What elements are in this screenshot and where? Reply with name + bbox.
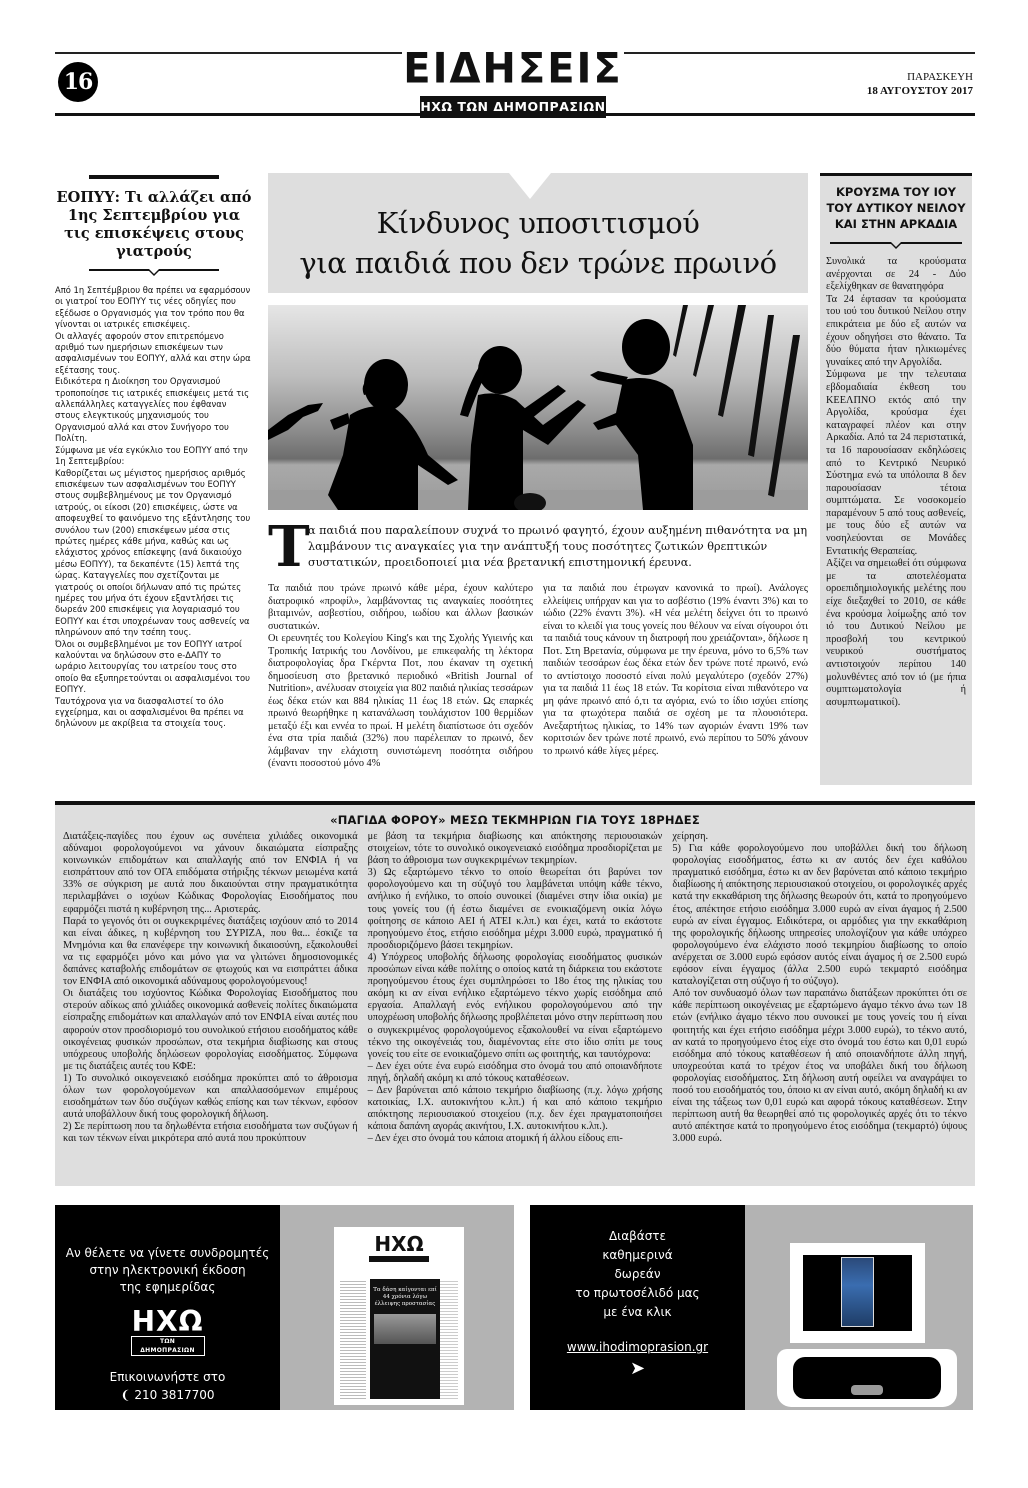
article-photo xyxy=(268,305,808,510)
subscription-text: Αν θέλετε να γίνετε συνδρομητές στην ηλε… xyxy=(55,1245,280,1296)
main-article: Κίνδυνος υποσιτισμού για παιδιά που δεν … xyxy=(268,173,808,771)
main-headline-box: Κίνδυνος υποσιτισμού για παιδιά που δεν … xyxy=(268,173,808,293)
page-number-badge: 16 xyxy=(58,62,98,102)
paragraph: Ειδικότερα η Διοίκηση του Οργανισμού τρο… xyxy=(55,376,253,444)
paragraph: – Δεν έχει ούτε ένα ευρώ εισόδημα στο όν… xyxy=(368,1061,663,1085)
paragraph: 2) Σε περίπτωση που τα δηλωθέντα ετήσια … xyxy=(63,1121,358,1145)
mini-paper-hero-image xyxy=(374,1314,436,1344)
article-columns: Τα παιδιά που τρώνε πρωινό κάθε μέρα, έχ… xyxy=(268,583,808,771)
paragraph: Τα 24 έφτασαν τα κρούσματα του ιού του δ… xyxy=(826,294,966,370)
laptop-illustration xyxy=(745,1205,973,1410)
laptop-keyboard xyxy=(777,1349,957,1407)
headline-top-bar xyxy=(89,175,219,179)
front-page-preview: ΗΧΩ Τα δάση καίγονται επί 44 χρόνια λόγω… xyxy=(280,1205,514,1410)
bottom-column-3: χείρηση. 5) Για κάθε φορολογούμενο που υ… xyxy=(672,831,967,1145)
touchpad-icon xyxy=(851,1385,883,1395)
paragraph: Τα παιδιά που τρώνε πρωινό κάθε μέρα, έχ… xyxy=(268,583,533,633)
mini-front-page: ΗΧΩ Τα δάση καίγονται επί 44 χρόνια λόγω… xyxy=(334,1227,464,1405)
paragraph: 4) Υπόχρεος υποβολής δήλωσης φορολογίας … xyxy=(368,952,663,1061)
paragraph: Από τον συνδυασμό όλων των παραπάνω διατ… xyxy=(672,988,967,1145)
mini-paper-bar xyxy=(369,1256,429,1262)
paragraph: Σύμφωνα με την τελευταια εβδομαδιαία έκθ… xyxy=(826,369,966,558)
read-online-text: Διαβάστε καθημερινά δωρεάν το πρωτοσέλιδ… xyxy=(530,1227,745,1322)
bottom-article-headline: «ΠΑΓΙΔΑ ΦΟΡΟΥ» ΜΕΣΩ ΤΕΚΜΗΡΙΩΝ ΓΙΑ ΤΟΥΣ 1… xyxy=(63,811,967,829)
paragraph: 5) Για κάθε φορολογούμενο που υποβάλλει … xyxy=(672,843,967,988)
right-article-headline: ΚΡΟΥΣΜΑ ΤΟΥ ΙΟΥ ΤΟΥ ΔΥΤΙΚΟΥ ΝΕΙΛΟΥ ΚΑΙ Σ… xyxy=(826,184,966,232)
headline-line-2: για παιδιά που δεν τρώνε πρωινό xyxy=(299,246,776,280)
mini-paper-title: ΗΧΩ xyxy=(340,1233,458,1255)
paragraph: Διατάξεις-παγίδες που έχουν ως συνέπεια … xyxy=(63,831,358,916)
masthead-bottom-rule xyxy=(55,113,975,116)
right-article: ΚΡΟΥΣΜΑ ΤΟΥ ΙΟΥ ΤΟΥ ΔΥΤΙΚΟΥ ΝΕΙΛΟΥ ΚΑΙ Σ… xyxy=(820,173,972,785)
phone-line[interactable]: ❨ 210 3817700 xyxy=(55,1386,280,1404)
paragraph: Οι αλλαγές αφορούν στον επιτρεπόμενο αρι… xyxy=(55,331,253,377)
paragraph: Από 1η Σεπτέμβριου θα πρέπει να εφαρμόσο… xyxy=(55,285,253,331)
drop-cap: Τ xyxy=(268,519,310,575)
ad-line: Διαβάστε xyxy=(530,1227,745,1246)
right-article-body: Συνολικά τα κρούσματα ανέρχονται σε 24 -… xyxy=(826,256,966,709)
logo-text: ΗΧΩ xyxy=(131,1308,205,1336)
paragraph: Καθορίζεται ως μέγιστος ημερήσιος αριθμό… xyxy=(55,468,253,639)
paragraph: Συνολικά τα κρούσματα ανέρχονται σε 24 -… xyxy=(826,256,966,294)
ad-line: το πρωτοσέλιδό μας xyxy=(530,1284,745,1303)
ad-line: με ένα κλικ xyxy=(530,1303,745,1322)
paragraph: Ταυτόχρονα για να διασφαλιστεί το όλο εγ… xyxy=(55,696,253,730)
ad-line: καθημερινά xyxy=(530,1246,745,1265)
ad-line: της εφημερίδας xyxy=(55,1279,280,1296)
read-online-ad[interactable]: Διαβάστε καθημερινά δωρεάν το πρωτοσέλιδ… xyxy=(530,1205,745,1410)
main-headline: Κίνδυνος υποσιτισμού για παιδιά που δεν … xyxy=(268,203,808,283)
cursor-icon: ➤ xyxy=(530,1360,745,1378)
article-column-2: για τα παιδιά που έτρωγαν κανονικά το πρ… xyxy=(543,583,808,771)
paragraph: Αξίζει να σημειωθεί ότι σύμφωνα με τα απ… xyxy=(826,558,966,709)
contact-label: Επικοινωνήστε στο xyxy=(55,1368,280,1386)
left-article-body: Από 1η Σεπτέμβριου θα πρέπει να εφαρμόσο… xyxy=(55,285,253,730)
left-article: ΕΟΠΥΥ: Τι αλλάζει από 1ης Σεπτεμβρίου γι… xyxy=(55,175,253,730)
article-lede: Τ α παιδιά που παραλείπουν συχνά το πρωι… xyxy=(268,523,808,575)
bottom-article-columns: Διατάξεις-παγίδες που έχουν ως συνέπεια … xyxy=(63,831,967,1145)
paragraph: Οι ερευνητές του Κολεγίου King's και της… xyxy=(268,633,533,771)
paragraph: με βάση τα τεκμήρια διαβίωσης και απόκτη… xyxy=(368,831,663,867)
issue-day: ΠΑΡΑΣΚΕΥΗ xyxy=(867,70,973,84)
paragraph: Σύμφωνα με νέα εγκύκλιο του ΕΟΠΥΥ από τη… xyxy=(55,445,253,468)
paragraph: Παρά το γεγονός ότι οι συγκεκριμένες δια… xyxy=(63,916,358,989)
section-title: ΕΙΔΗΣΕΙΣ xyxy=(402,45,624,93)
issue-date-value: 18 ΑΥΓΟΥΣΤΟΥ 2017 xyxy=(867,84,973,98)
website-link[interactable]: www.ihodimoprasion.gr xyxy=(530,1340,745,1354)
ad-line: δωρεάν xyxy=(530,1265,745,1284)
echo-logo: ΗΧΩ ΤΩΝ ΔΗΜΟΠΡΑΣΙΩΝ xyxy=(131,1308,205,1356)
children-silhouette-image xyxy=(268,305,808,510)
laptop-display xyxy=(803,1255,912,1331)
paragraph: 3) Ως εξαρτώμενο τέκνο το οποίο θεωρείτα… xyxy=(368,867,663,952)
paragraph: Οι διατάξεις του ισχύοντος Κώδικα Φορολο… xyxy=(63,988,358,1073)
notch-triangle-icon xyxy=(509,173,551,199)
paragraph: για τα παιδιά που έτρωγαν κανονικά το πρ… xyxy=(543,583,808,758)
chevron-divider-icon xyxy=(830,242,962,250)
paragraph: – Δεν έχει στο όνομά του κάποια ατομική … xyxy=(368,1133,663,1145)
paragraph: 1) Το συνολικό οικογενειακό εισόδημα προ… xyxy=(63,1073,358,1121)
headline-line-1: Κίνδυνος υποσιτισμού xyxy=(377,206,700,240)
laptop-screen xyxy=(790,1243,925,1343)
paragraph: Όλοι οι συμβεβλημένοι με τον ΕΟΠΥΥ ιατρο… xyxy=(55,639,253,696)
subscription-ad[interactable]: Αν θέλετε να γίνετε συνδρομητές στην ηλε… xyxy=(55,1205,280,1410)
bottom-column-1: Διατάξεις-παγίδες που έχουν ως συνέπεια … xyxy=(63,831,358,1145)
mini-paper-hero: Τα δάση καίγονται επί 44 χρόνια λόγω έλλ… xyxy=(370,1279,440,1399)
lede-text: α παιδιά που παραλείπουν συχνά το πρωινό… xyxy=(308,523,808,571)
phone-icon: ❨ xyxy=(120,1388,130,1402)
phone-number: 210 3817700 xyxy=(134,1388,214,1402)
mini-paper-hero-headline: Τα δάση καίγονται επί 44 χρόνια λόγω έλλ… xyxy=(370,1287,440,1308)
chevron-divider-icon xyxy=(89,269,219,277)
article-column-1: Τα παιδιά που τρώνε πρωινό κάθε μέρα, έχ… xyxy=(268,583,533,771)
bottom-article: «ΠΑΓΙΔΑ ΦΟΡΟΥ» ΜΕΣΩ ΤΕΚΜΗΡΙΩΝ ΓΙΑ ΤΟΥΣ 1… xyxy=(55,805,975,1186)
issue-date: ΠΑΡΑΣΚΕΥΗ 18 ΑΥΓΟΥΣΤΟΥ 2017 xyxy=(867,70,973,98)
logo-subtext: ΤΩΝ ΔΗΜΟΠΡΑΣΙΩΝ xyxy=(131,1336,205,1356)
mini-paper-text-lines xyxy=(440,1279,458,1399)
paragraph: – Δεν βαρύνεται από κάποιο τεκμήριο διαβ… xyxy=(368,1085,663,1133)
masthead: ΕΙΔΗΣΕΙΣ ΗΧΩ ΤΩΝ ΔΗΜΟΠΡΑΣΙΩΝ xyxy=(402,46,624,118)
front-page-cover-image xyxy=(841,1257,874,1327)
ad-line: Αν θέλετε να γίνετε συνδρομητές xyxy=(55,1245,280,1262)
mini-paper-text-lines xyxy=(340,1279,366,1399)
ad-line: στην ηλεκτρονική έκδοση xyxy=(55,1262,280,1279)
left-article-headline: ΕΟΠΥΥ: Τι αλλάζει από 1ης Σεπτεμβρίου γι… xyxy=(55,189,253,261)
paragraph: χείρηση. xyxy=(672,831,967,843)
bottom-column-2: με βάση τα τεκμήρια διαβίωσης και απόκτη… xyxy=(368,831,663,1145)
